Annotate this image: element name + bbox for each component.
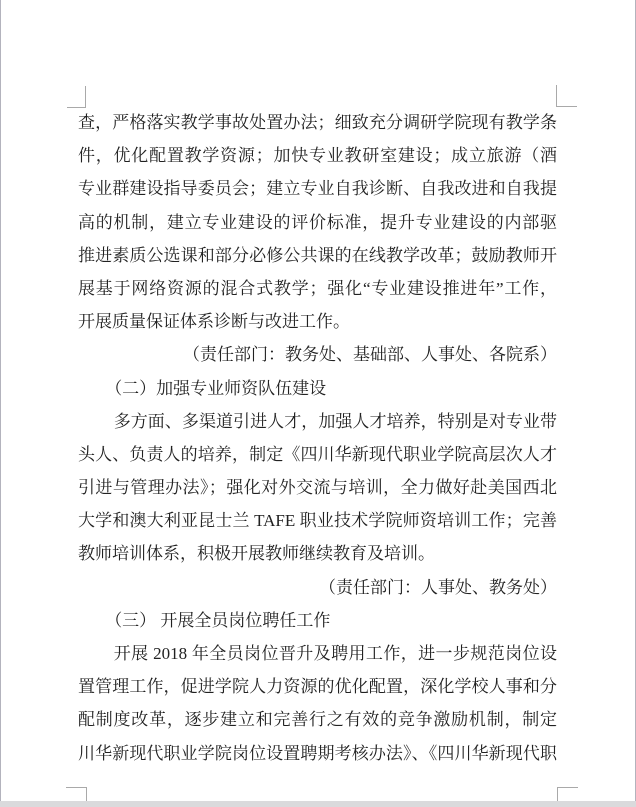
- document-page: 查，严格落实教学事故处置办法；细致充分调研学院现有教学条件，优化配置教学资源；加…: [0, 0, 636, 807]
- document-line: 引进与管理办法》；强化对外交流与培训，全力做好赴美国西北: [78, 471, 557, 504]
- document-line: （责任部门：教务处、基础部、人事处、各院系）: [78, 338, 557, 371]
- document-line: 大学和澳大利亚昆士兰 TAFE 职业技术学院师资培训工作；完善: [78, 504, 557, 537]
- document-line: 推进素质公选课和部分必修公共课的在线教学改革；鼓励教师开: [78, 239, 557, 272]
- crop-mark-top-right: [556, 85, 577, 107]
- document-line: （二）加强专业师资队伍建设: [78, 372, 557, 405]
- crop-mark-bottom-left: [66, 787, 87, 802]
- document-line: 高的机制，建立专业建设的评价标准，提升专业建设的内部驱力；: [78, 206, 557, 239]
- document-line: 置管理工作，促进学院人力资源的优化配置，深化学校人事和分: [78, 670, 557, 703]
- document-line: 教师培训体系，积极开展教师继续教育及培训。: [78, 537, 557, 570]
- page-left-edge: [0, 0, 1, 807]
- document-line: 展基于网络资源的混合式教学；强化“专业建设推进年”工作，: [78, 272, 557, 305]
- document-line: 查，严格落实教学事故处置办法；细致充分调研学院现有教学条: [78, 106, 557, 139]
- document-line: 头人、负责人的培养，制定《四川华新现代职业学院高层次人才: [78, 438, 557, 471]
- crop-mark-bottom-right: [557, 787, 578, 802]
- window-bottom-bar: [0, 801, 636, 807]
- document-line: 多方面、多渠道引进人才，加强人才培养，特别是对专业带: [78, 405, 557, 438]
- crop-mark-top-left: [67, 86, 86, 108]
- document-line: （责任部门：人事处、教务处）: [78, 571, 557, 604]
- document-line: （三） 开展全员岗位聘任工作: [78, 604, 557, 637]
- document-line: 开展质量保证体系诊断与改进工作。: [78, 305, 557, 338]
- document-line: 件，优化配置教学资源；加快专业教研室建设；成立旅游（酒店）: [78, 139, 557, 172]
- document-text: 查，严格落实教学事故处置办法；细致充分调研学院现有教学条件，优化配置教学资源；加…: [78, 106, 557, 770]
- document-line: 川华新现代职业学院岗位设置聘期考核办法》、《四川华新现代职: [78, 737, 557, 770]
- document-line: 开展 2018 年全员岗位晋升及聘用工作，进一步规范岗位设: [78, 637, 557, 670]
- document-line: 配制度改革，逐步建立和完善行之有效的竞争激励机制，制定《四: [78, 703, 557, 736]
- document-line: 专业群建设指导委员会；建立专业自我诊断、自我改进和自我提: [78, 172, 557, 205]
